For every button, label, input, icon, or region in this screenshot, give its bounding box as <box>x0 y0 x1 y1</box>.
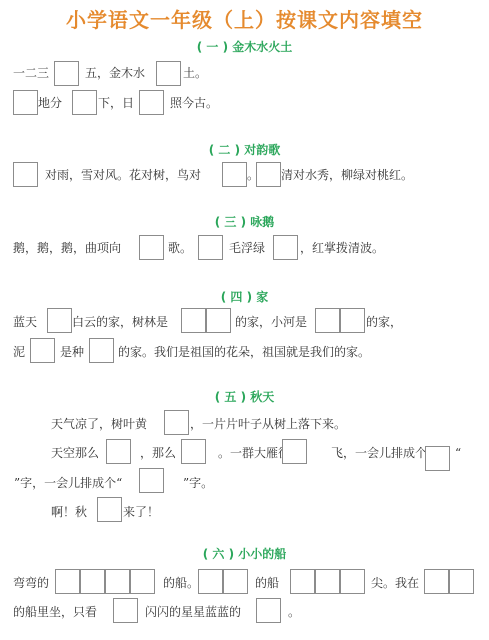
text: 。 <box>288 605 300 619</box>
blank-box[interactable] <box>290 569 315 594</box>
text: 天气凉了，树叶黄 <box>51 417 147 431</box>
text: ，那么 <box>140 446 176 460</box>
text: 来了！ <box>123 505 159 519</box>
blank-box[interactable] <box>282 439 307 464</box>
section-heading-4: ( 四 ) 家 <box>0 288 489 305</box>
text: 闪闪的星星蓝蓝的 <box>145 605 241 619</box>
blank-box[interactable] <box>105 569 130 594</box>
blank-box[interactable] <box>97 497 122 522</box>
text: 的船 <box>255 576 279 590</box>
blank-box[interactable] <box>181 439 206 464</box>
blank-box[interactable] <box>139 90 164 115</box>
blank-box[interactable] <box>139 235 164 260</box>
text: 尖。我在 <box>371 576 419 590</box>
text: 鹅，鹅，鹅，曲项向 <box>13 241 121 255</box>
text: 土。 <box>183 66 207 80</box>
blank-box[interactable] <box>72 90 97 115</box>
text: 蓝天 <box>13 315 37 329</box>
blank-box[interactable] <box>449 569 474 594</box>
section-heading-6: ( 六 ) 小小的船 <box>0 545 489 562</box>
section-heading-5: ( 五 ) 秋天 <box>0 388 489 405</box>
blank-box[interactable] <box>30 338 55 363</box>
blank-box[interactable] <box>139 468 164 493</box>
blank-box[interactable] <box>80 569 105 594</box>
blank-box[interactable] <box>340 308 365 333</box>
blank-box[interactable] <box>315 308 340 333</box>
text: 的家，小河是 <box>235 315 307 329</box>
text: ，一片片叶子从树上落下来。 <box>190 417 346 431</box>
text: ”字。 <box>183 476 213 490</box>
blank-box[interactable] <box>54 61 79 86</box>
blank-box[interactable] <box>222 162 247 187</box>
text: 天空那么 <box>51 446 99 460</box>
blank-box[interactable] <box>206 308 231 333</box>
text: 。一群大雁往 <box>218 446 290 460</box>
text: 泥 <box>13 345 25 359</box>
text: 毛浮绿 <box>229 241 265 255</box>
text: 啊！秋 <box>51 505 87 519</box>
blank-box[interactable] <box>113 598 138 623</box>
section-heading-2: ( 二 ) 对韵歌 <box>0 141 489 158</box>
text: 是种 <box>60 345 84 359</box>
text: ，红掌拨清波。 <box>300 241 384 255</box>
blank-box[interactable] <box>198 235 223 260</box>
blank-box[interactable] <box>156 61 181 86</box>
section-heading-3: ( 三 ) 咏鹅 <box>0 213 489 230</box>
text: 照今古。 <box>170 96 218 110</box>
blank-box[interactable] <box>130 569 155 594</box>
text: 对雨，雪对风。花对树，鸟对 <box>45 168 201 182</box>
blank-box[interactable] <box>55 569 80 594</box>
text: 的家， <box>366 315 402 329</box>
blank-box[interactable] <box>106 439 131 464</box>
blank-box[interactable] <box>181 308 206 333</box>
text: 五，金木水 <box>85 66 145 80</box>
text: “ <box>455 446 461 460</box>
text: 清对水秀，柳绿对桃红。 <box>281 168 413 182</box>
text: 地分 <box>38 96 62 110</box>
text: 的船。 <box>163 576 199 590</box>
text: 的船里坐，只看 <box>13 605 97 619</box>
blank-box[interactable] <box>256 162 281 187</box>
blank-box[interactable] <box>256 598 281 623</box>
section-heading-1: ( 一 ) 金木水火土 <box>0 38 489 55</box>
text: 的家。我们是祖国的花朵，祖国就是我们的家。 <box>118 345 370 359</box>
text: 弯弯的 <box>13 576 49 590</box>
text: 下，日 <box>98 96 134 110</box>
blank-box[interactable] <box>47 308 72 333</box>
blank-box[interactable] <box>315 569 340 594</box>
text: 歌。 <box>168 241 192 255</box>
blank-box[interactable] <box>198 569 223 594</box>
text: 白云的家，树林是 <box>72 315 168 329</box>
blank-box[interactable] <box>89 338 114 363</box>
blank-box[interactable] <box>425 446 450 471</box>
page-title: 小学语文一年级（上）按课文内容填空 <box>0 4 489 33</box>
blank-box[interactable] <box>424 569 449 594</box>
text: 飞，一会儿排成个 <box>331 446 427 460</box>
blank-box[interactable] <box>13 90 38 115</box>
text: 一二三 <box>13 66 49 80</box>
text: ”字，一会儿排成个“ <box>14 476 122 490</box>
blank-box[interactable] <box>340 569 365 594</box>
blank-box[interactable] <box>164 410 189 435</box>
blank-box[interactable] <box>223 569 248 594</box>
blank-box[interactable] <box>13 162 38 187</box>
blank-box[interactable] <box>273 235 298 260</box>
